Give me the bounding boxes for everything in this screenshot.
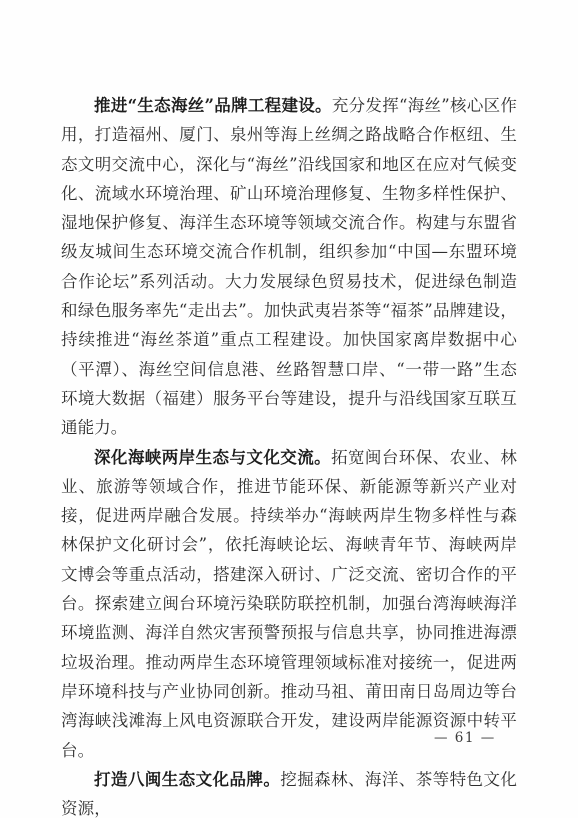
paragraph-heading: 打造八闽生态文化品牌。 (94, 770, 280, 789)
paragraph-heading: 推进“生态海丝”品牌工程建设。 (94, 96, 332, 115)
paragraph: 打造八闽生态文化品牌。挖掘森林、海洋、茶等特色文化资源， (61, 765, 517, 818)
text-block: 推进“生态海丝”品牌工程建设。充分发挥“海丝”核心区作用，打造福州、厦门、泉州等… (61, 91, 517, 818)
paragraph-heading: 深化海峡两岸生态与文化交流。 (94, 448, 331, 467)
paragraph-body: 充分发挥“海丝”核心区作用，打造福州、厦门、泉州等海上丝绸之路战略合作枢纽、生态… (61, 96, 517, 437)
page-number: — 61 — (434, 729, 504, 747)
document-page: 推进“生态海丝”品牌工程建设。充分发挥“海丝”核心区作用，打造福州、厦门、泉州等… (0, 0, 578, 818)
paragraph: 推进“生态海丝”品牌工程建设。充分发挥“海丝”核心区作用，打造福州、厦门、泉州等… (61, 91, 517, 443)
paragraph-body: 拓宽闽台环保、农业、林业、旅游等领域合作，推进节能环保、新能源等新兴产业对接，促… (61, 448, 517, 760)
paragraph: 深化海峡两岸生态与文化交流。拓宽闽台环保、农业、林业、旅游等领域合作，推进节能环… (61, 443, 517, 765)
